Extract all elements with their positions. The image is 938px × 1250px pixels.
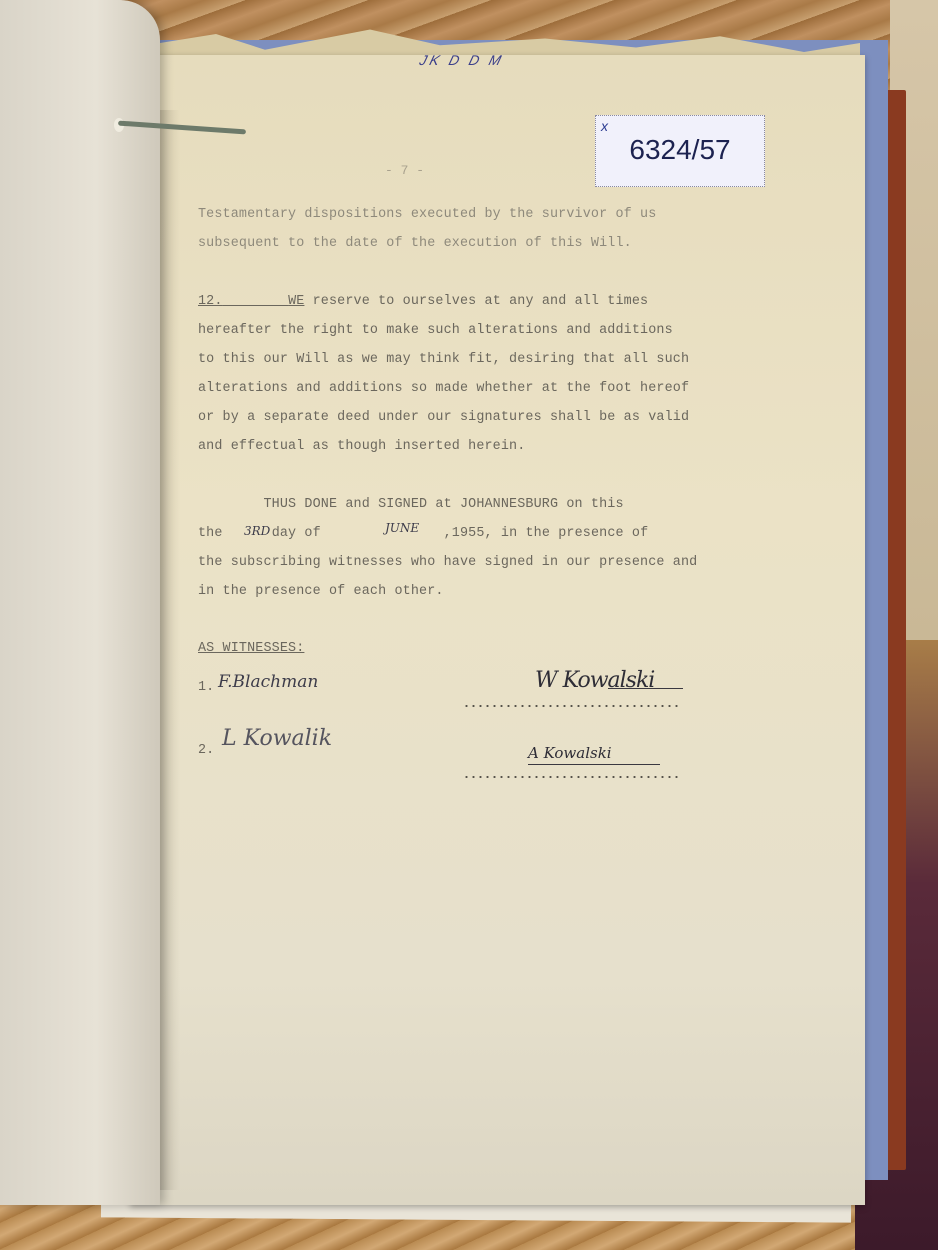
clause-lead: WE: [288, 294, 304, 309]
signature-dotted-line: [463, 705, 681, 707]
clause-line: and effectual as though inserted herein.: [198, 439, 525, 454]
clause-number: 12.: [198, 294, 223, 309]
testator-signature: A Kowalski: [528, 744, 612, 762]
top-handwriting: JK D D M: [418, 52, 506, 68]
reference-mark: x: [601, 118, 608, 134]
attestation-line: in the presence of each other.: [198, 584, 444, 599]
witness-number: 2.: [198, 743, 214, 758]
clause-text: reserve to ourselves at any and all time…: [304, 294, 648, 309]
reference-label: x 6324/57: [595, 115, 765, 187]
attestation-line: THUS DONE and SIGNED at JOHANNESBURG on …: [198, 497, 624, 512]
page-number: - 7 -: [385, 163, 424, 178]
text-line: subsequent to the date of the execution …: [198, 236, 632, 251]
handwritten-day: 3RD: [244, 524, 270, 538]
witnesses-heading: AS WITNESSES:: [198, 641, 304, 656]
text-line: Testamentary dispositions executed by th…: [198, 207, 656, 222]
clause-line: to this our Will as we may think fit, de…: [198, 352, 689, 367]
witness-number: 1.: [198, 680, 214, 695]
signature-stroke: [608, 688, 683, 689]
signature-dotted-line: [463, 776, 681, 778]
testator-signature: W Kowalski: [535, 668, 654, 693]
witness-signature: F.Blachman: [218, 672, 318, 692]
clause-line: hereafter the right to make such alterat…: [198, 323, 673, 338]
handwritten-month: JUNE: [385, 521, 419, 535]
attestation-line: the subscribing witnesses who have signe…: [198, 555, 697, 570]
witness-signature: L Kowalik: [222, 726, 332, 751]
clause-line: or by a separate deed under our signatur…: [198, 410, 689, 425]
signature-stroke: [528, 764, 660, 765]
document-page: [130, 55, 865, 1205]
clause-line: alterations and additions so made whethe…: [198, 381, 689, 396]
left-folded-page[interactable]: [0, 0, 160, 1205]
reference-number: 6324/57: [596, 134, 764, 166]
clause-12-first-line: 12. WE reserve to ourselves at any and a…: [198, 294, 648, 309]
